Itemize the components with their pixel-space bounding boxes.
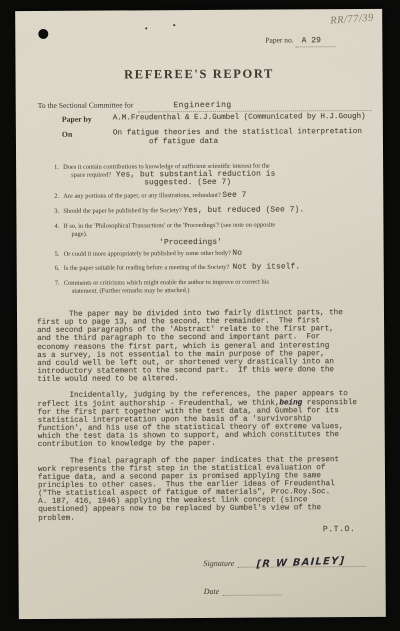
question-1-answer-line2: suggested. (See 7) [144, 178, 231, 188]
subject-label: On [62, 130, 72, 139]
subject-value-line1: On fatigue theories and the statistical … [113, 128, 362, 139]
paper-number-value: A 29 [296, 36, 335, 47]
date-line [222, 586, 280, 596]
question-7-text-line1: Comments or criticisms which might enabl… [64, 279, 269, 287]
ink-speck [145, 27, 147, 29]
paper-number-row: Paper no.A 29 [265, 35, 335, 45]
signature-line: [R W BAILEY] [237, 555, 365, 568]
question-4-text-line1: If so, in the 'Philosophical Transaction… [63, 222, 275, 230]
question-3: 3.Should the paper be published by the S… [54, 206, 366, 216]
question-5: 5.Or could it more appropriately be publ… [55, 249, 367, 259]
question-3-number: 3. [54, 208, 63, 216]
paper-by-value: A.M.Freudenthal & E.J.Gumbel (Communicat… [113, 113, 366, 124]
question-6: 6.Is the paper suitable for reading befo… [55, 263, 367, 273]
question-1-text-line2: space required? [71, 172, 111, 179]
page-title: REFEREE'S REPORT [15, 66, 382, 83]
review-comments: The paper may be divided into two fairly… [37, 309, 378, 531]
committee-label: To the Sectional Committee for [38, 100, 134, 110]
question-1-number: 1. [54, 164, 63, 172]
paper-sheet: RR/77/39 Paper no.A 29 REFEREE'S REPORT … [15, 9, 386, 619]
question-1: 1.Does it contain contributions to knowl… [54, 162, 366, 189]
signature-value: [R W BAILEY] [257, 556, 346, 571]
date-row: Date [204, 586, 281, 596]
question-7: 7.Comments or criticisms which might ena… [55, 278, 367, 296]
review-paragraph-2: Incidentally, judging by the references,… [37, 390, 377, 449]
ink-speck [173, 24, 175, 26]
question-6-number: 6. [55, 265, 64, 273]
handwritten-insertion: being [279, 399, 302, 407]
question-3-answer: Yes, but reduced (See 7). [183, 205, 304, 215]
question-5-answer: No [232, 249, 242, 258]
date-label: Date [204, 587, 220, 596]
question-5-text: Or could it more appropriately be publis… [64, 250, 231, 258]
question-7-number: 7. [55, 280, 64, 288]
archive-reference: RR/77/39 [330, 12, 374, 26]
paper-by-row: Paper by A.M.Freudenthal & E.J.Gumbel (C… [62, 113, 366, 124]
question-4-answer: 'Proceedings' [55, 238, 367, 248]
question-7-text-line2: statement. (Further remarks may be attac… [55, 286, 367, 296]
question-6-answer: Not by itself. [232, 262, 300, 271]
question-2-number: 2. [54, 193, 63, 201]
question-4: 4.If so, in the 'Philosophical Transacti… [54, 221, 366, 249]
question-6-text: Is the paper suitable for reading before… [64, 264, 230, 272]
review-paragraph-3: The final paragraph of the paper indicat… [38, 455, 378, 522]
pto-note: P.T.O. [323, 525, 356, 534]
question-4-number: 4. [54, 223, 63, 231]
question-3-text: Should the paper be published by the Soc… [63, 207, 181, 215]
paper-number-label: Paper no. [265, 35, 293, 44]
scanned-document-page: { "colors": { "background": "#0b0b0a", "… [0, 0, 400, 631]
paper-by-label: Paper by [62, 115, 92, 124]
review-paragraph-1: The paper may be divided into two fairly… [37, 309, 377, 384]
signature-label: Signature [203, 559, 234, 568]
punch-hole [38, 29, 48, 39]
question-2-answer: See 7 [222, 191, 246, 200]
committee-row: To the Sectional Committee for Engineeri… [38, 99, 372, 113]
question-5-number: 5. [55, 251, 64, 259]
subject-value-line2: of fatigue data [149, 138, 218, 146]
question-2-text: Are any portions of the paper, or any il… [63, 192, 221, 200]
signature-row: Signature [R W BAILEY] [203, 555, 365, 568]
committee-value: Engineering [137, 100, 371, 112]
question-2: 2.Are any portions of the paper, or any … [54, 191, 366, 201]
